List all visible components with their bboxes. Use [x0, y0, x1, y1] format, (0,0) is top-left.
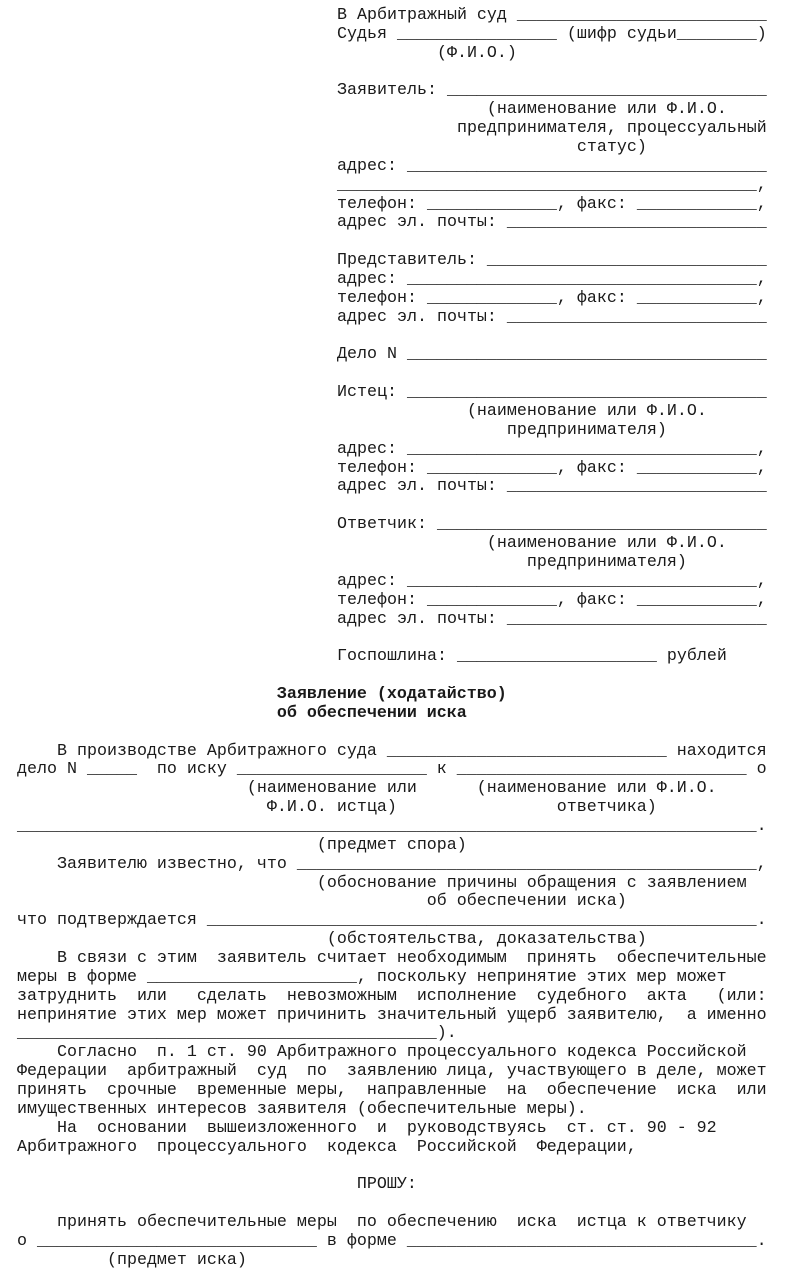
- body-line: ________________________________________…: [17, 1025, 767, 1044]
- header-line: предпринимателя, процессуальный: [17, 120, 767, 139]
- document-title: Заявление (ходатайство) об обеспечении и…: [17, 686, 767, 743]
- header-line: [17, 233, 767, 252]
- body-line: (предмет иска): [17, 1252, 767, 1271]
- body-line: Заявителю известно, что ________________…: [17, 856, 767, 875]
- body-line: ПРОШУ:: [17, 1176, 767, 1195]
- body-line: принять срочные временные меры, направле…: [17, 1082, 767, 1101]
- header-line: телефон: _____________, факс: __________…: [17, 592, 767, 611]
- body-line: Арбитражного процессуального кодекса Рос…: [17, 1139, 767, 1158]
- body-line: (предмет спора): [17, 837, 767, 856]
- header-line: Представитель: _________________________…: [17, 252, 767, 271]
- body-line: Федерации арбитражный суд по заявлению л…: [17, 1063, 767, 1082]
- header-line: адрес: _________________________________…: [17, 573, 767, 592]
- body-line: дело N _____ по иску ___________________…: [17, 761, 767, 780]
- header-line: [17, 497, 767, 516]
- body-line: Ф.И.О. истца) ответчика): [17, 799, 767, 818]
- header-line: адрес эл. почты: _______________________…: [17, 478, 767, 497]
- body-line: об обеспечении иска): [17, 893, 767, 912]
- body-line: (обстоятельства, доказательства): [17, 931, 767, 950]
- body-line: (наименование или (наименование или Ф.И.…: [17, 780, 767, 799]
- body-line: ________________________________________…: [17, 818, 767, 837]
- header-line: статус): [17, 139, 767, 158]
- header-line: Дело N _________________________________…: [17, 346, 767, 365]
- body-line: (обоснование причины обращения с заявлен…: [17, 875, 767, 894]
- header-line: телефон: _____________, факс: __________…: [17, 196, 767, 215]
- header-line: Заявитель: _____________________________…: [17, 82, 767, 101]
- header-line: адрес: _________________________________…: [17, 271, 767, 290]
- addressee-block: В Арбитражный суд ______________________…: [17, 7, 767, 686]
- header-line: телефон: _____________, факс: __________…: [17, 460, 767, 479]
- header-line: Судья ________________ (шифр судьи______…: [17, 26, 767, 45]
- header-line: (наименование или Ф.И.О.: [17, 101, 767, 120]
- body-line: В производстве Арбитражного суда _______…: [17, 743, 767, 762]
- title-line: об обеспечении иска: [17, 705, 767, 724]
- header-line: (наименование или Ф.И.О.: [17, 535, 767, 554]
- body-line: Согласно п. 1 ст. 90 Арбитражного процес…: [17, 1044, 767, 1063]
- header-line: адрес эл. почты: _______________________…: [17, 309, 767, 328]
- body-line: [17, 1157, 767, 1176]
- header-line: телефон: _____________, факс: __________…: [17, 290, 767, 309]
- header-line: [17, 629, 767, 648]
- body-line: имущественных интересов заявителя (обесп…: [17, 1101, 767, 1120]
- header-line: В Арбитражный суд ______________________…: [17, 7, 767, 26]
- header-line: (Ф.И.О.): [17, 45, 767, 64]
- header-line: [17, 365, 767, 384]
- header-line: (наименование или Ф.И.О.: [17, 403, 767, 422]
- header-line: Госпошлина: ____________________ рублей: [17, 648, 767, 667]
- header-line: [17, 64, 767, 83]
- body-line: В связи с этим заявитель считает необход…: [17, 950, 767, 969]
- body-line: меры в форме _____________________, поск…: [17, 969, 767, 988]
- header-line: адрес эл. почты: _______________________…: [17, 611, 767, 630]
- header-line: предпринимателя): [17, 422, 767, 441]
- body-line: непринятие этих мер может причинить знач…: [17, 1007, 767, 1026]
- application-body: В производстве Арбитражного суда _______…: [17, 743, 767, 1271]
- header-line: [17, 328, 767, 347]
- header-line: Ответчик: ______________________________…: [17, 516, 767, 535]
- body-line: принять обеспечительные меры по обеспече…: [17, 1214, 767, 1233]
- claim-security-application-document: В Арбитражный суд ______________________…: [17, 7, 767, 1271]
- header-line: адрес: _________________________________…: [17, 158, 767, 177]
- body-line: затруднить или сделать невозможным испол…: [17, 988, 767, 1007]
- body-line: [17, 1195, 767, 1214]
- header-line: ________________________________________…: [17, 177, 767, 196]
- title-line: [17, 724, 767, 743]
- header-line: предпринимателя): [17, 554, 767, 573]
- body-line: о ____________________________ в форме _…: [17, 1233, 767, 1252]
- header-line: адрес эл. почты: _______________________…: [17, 214, 767, 233]
- header-line: Истец: _________________________________…: [17, 384, 767, 403]
- header-line: [17, 667, 767, 686]
- header-line: адрес: _________________________________…: [17, 441, 767, 460]
- title-line: Заявление (ходатайство): [17, 686, 767, 705]
- body-line: что подтверждается _____________________…: [17, 912, 767, 931]
- body-line: На основании вышеизложенного и руководст…: [17, 1120, 767, 1139]
